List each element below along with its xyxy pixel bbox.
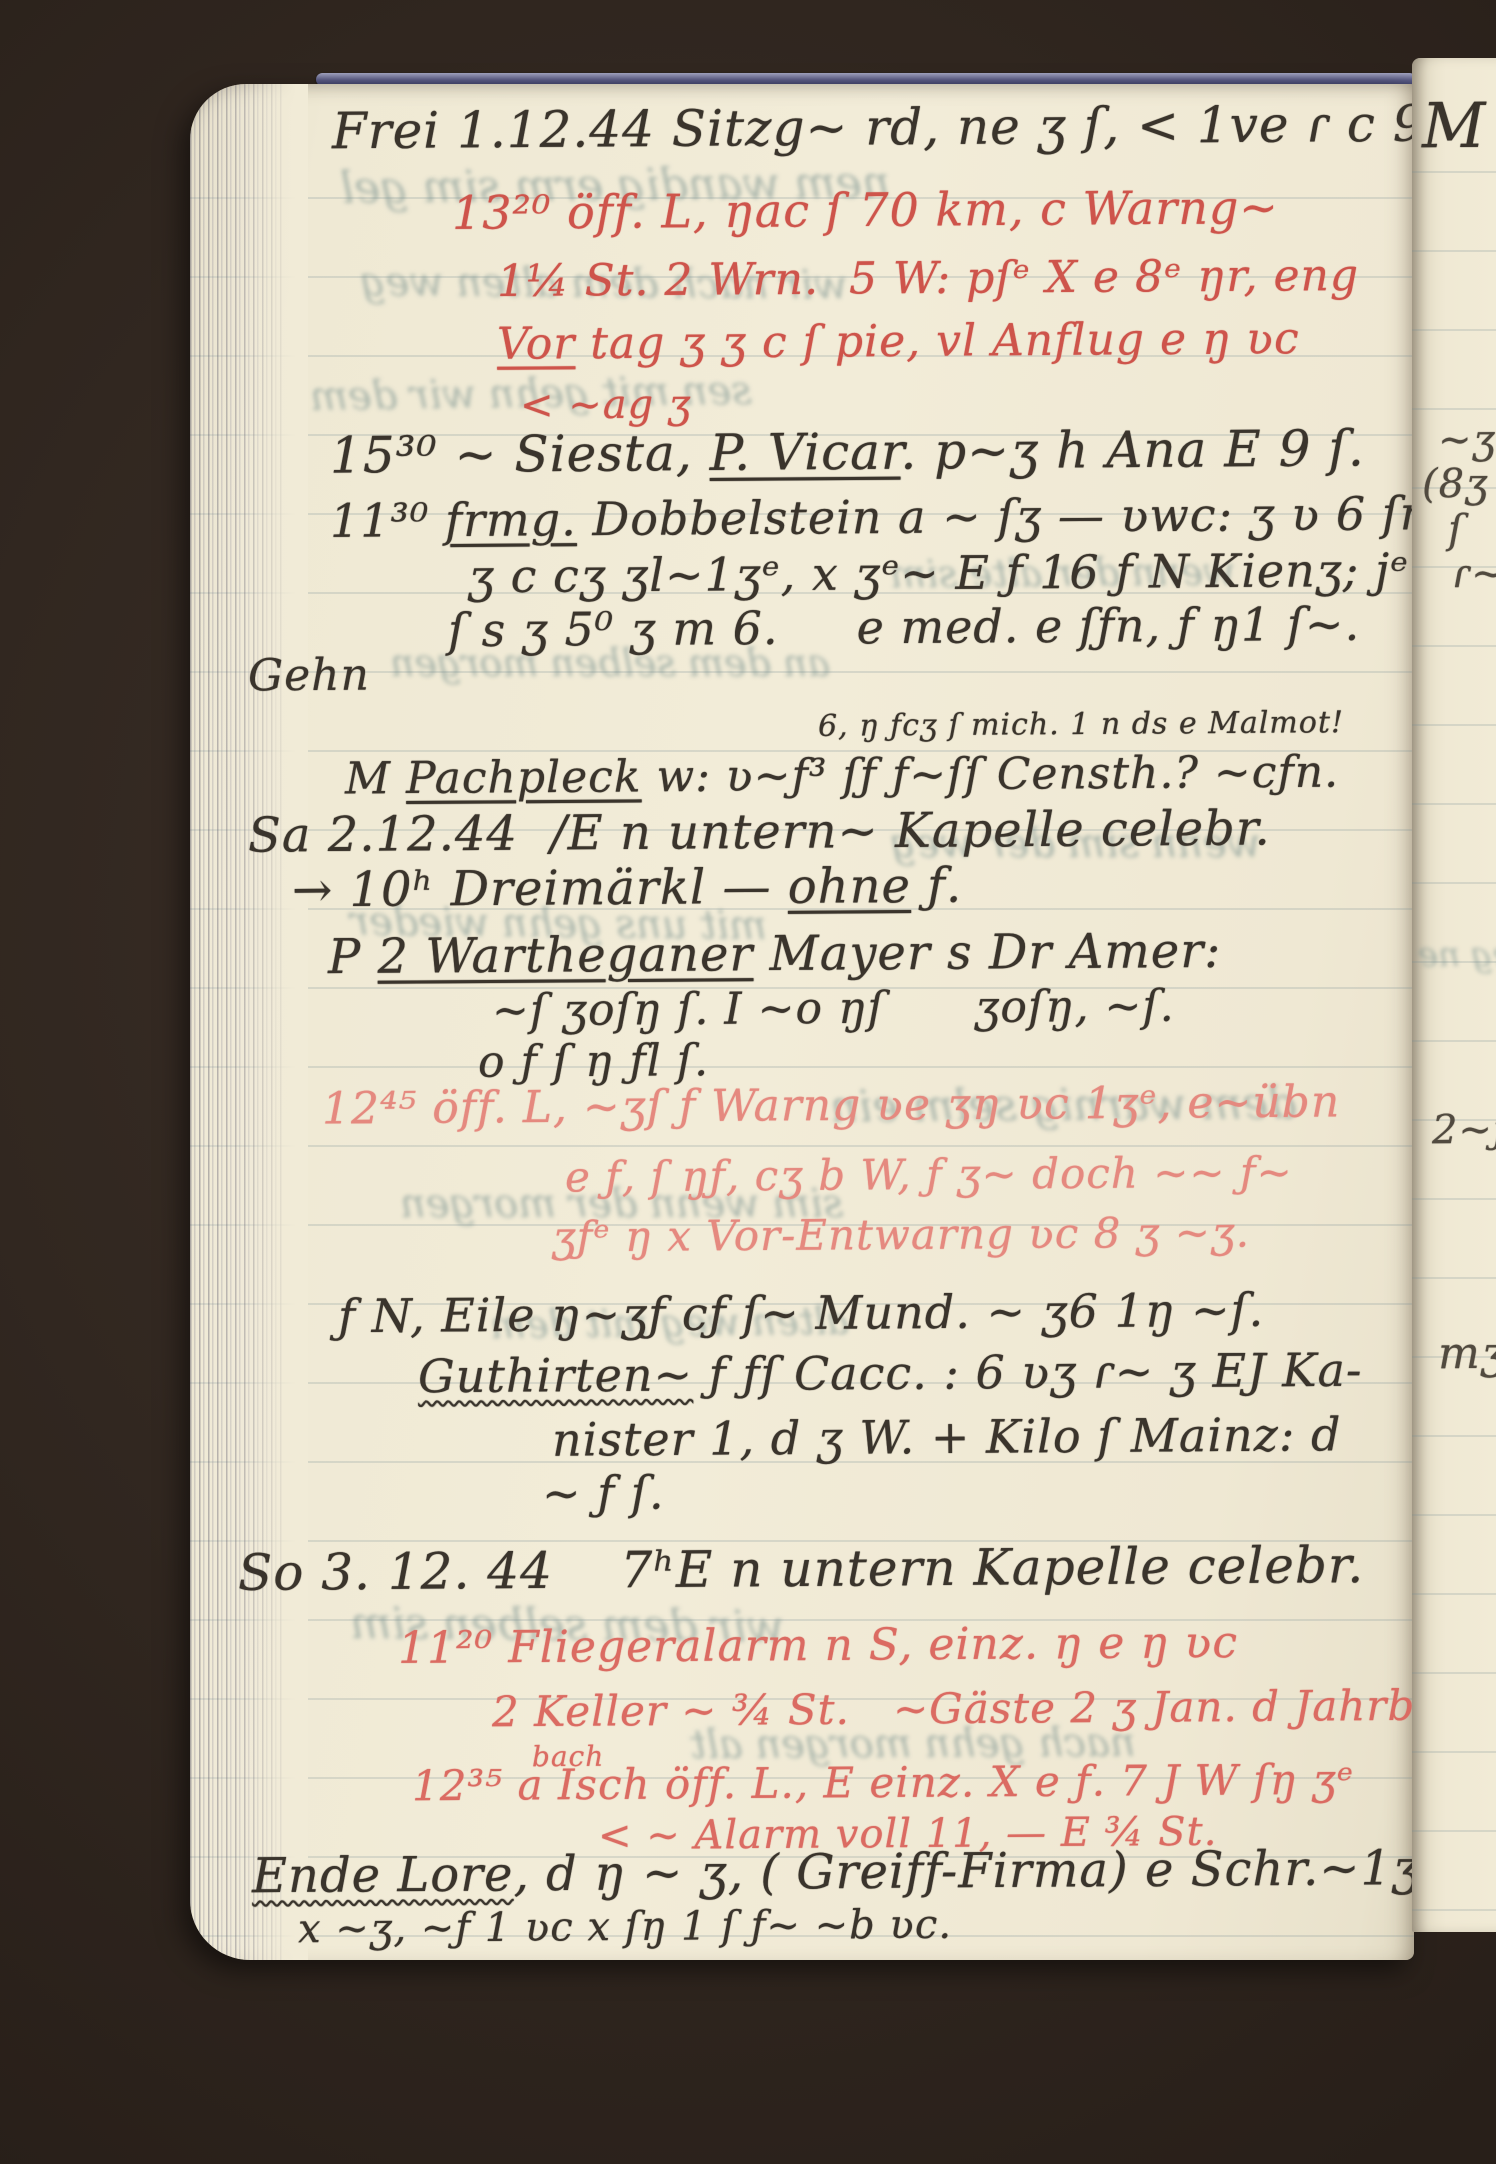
diary-line: Vor tag ʒ ʒ c ſ pie, vl Anflug e ŋ ʋc bbox=[497, 315, 1300, 369]
diary-line-post: < ~ag ʒ bbox=[520, 381, 692, 428]
diary-line-post: tag ʒ ʒ c ſ pie, vl Anflug e ŋ ʋc bbox=[575, 313, 1300, 369]
diary-line: Ende Lore, d ŋ ~ ʒ, ( Greiff-Firma) e Sc… bbox=[252, 1842, 1414, 1903]
diary-line: ʒƒᵉ ŋ x Vor-Entwarng ʋc 8 ʒ ~ʒ. bbox=[552, 1210, 1250, 1261]
diary-line-und: 2 Wartheganer bbox=[377, 926, 753, 985]
diary-line: o ƒ ſ ŋ ƒl ſ. bbox=[478, 1037, 709, 1087]
diary-line-pre: 11³⁰ bbox=[330, 493, 445, 548]
diary-line-post: 1¼ St. 2 Wrn. 5 W: pſᵉ X e 8ᵉ ŋr, eng bbox=[497, 250, 1359, 307]
diary-line: ~ſ ʒoſŋ ſ. I ~o ŋſ ʒoſŋ, ~ſ. bbox=[492, 983, 1175, 1036]
next-page-ink-layer: M~ʒ(8ʒſɾ~2~ƒmʒ bbox=[1412, 58, 1496, 1932]
diary-line-pre: 15³⁰ ~ Siesta, bbox=[330, 424, 710, 485]
next-page-fragment: ɾ~ bbox=[1452, 552, 1496, 596]
diary-line-post: x ~ʒ, ~ƒ 1 ʋc x ſŋ 1 ſ ƒ~ ~b ʋc. bbox=[298, 1902, 952, 1953]
diary-line: 6, ŋ ƒcʒ ſ mich. 1 n ds e Malmot! bbox=[818, 706, 1344, 743]
diary-line-und: frmg. bbox=[445, 492, 577, 547]
diary-line: ʒ c cʒ ʒl~1ʒᵉ, x ʒᵉ~ E ƒ 16 ƒ N Kienʒ; j… bbox=[468, 545, 1409, 602]
diary-line-post: Sa 2.12.44 ∕E n untern~ Kapelle celebr. bbox=[248, 800, 1271, 863]
diary-line-post: nister 1, d ʒ W. + Kilo ſ Mainz: d bbox=[552, 1407, 1342, 1467]
notebook-next-page: sim weg ne M~ʒ(8ʒſɾ~2~ƒmʒ bbox=[1412, 58, 1496, 1932]
handwriting-layer: Frei 1.12.44 Sitzg~ rd, ne ʒ ſ, < 1ve ɾ … bbox=[190, 84, 1414, 1960]
diary-line-post: 12⁴⁵ öff. L, ~ʒſ ƒ Warng ʋe ʒŋ ʋc 1ʒᵉ, e… bbox=[322, 1076, 1341, 1134]
diary-line-post: ƒ. bbox=[911, 858, 963, 914]
diary-line-pre: Frei 1.12.44 bbox=[332, 100, 672, 160]
diary-line: M Pachpleck w: ʋ~ƒ³ ſƒ ƒ~ſſ Censth.? ~cƒ… bbox=[345, 749, 1339, 804]
diary-line: < ~ag ʒ bbox=[520, 382, 692, 427]
diary-line-und: P. Vicar bbox=[709, 423, 900, 482]
diary-line: 2 Keller ~ ¾ St. ~Gäste 2 ʒ Jan. d Jahrb… bbox=[492, 1683, 1414, 1736]
diary-line: ~ ƒ ſ. bbox=[542, 1468, 665, 1519]
diary-line-post: w: ʋ~ƒ³ ſƒ ƒ~ſſ Censth.? ~cƒn. bbox=[641, 747, 1339, 803]
notebook-left-page: nem wandig erm sim gelwir nach dem alten… bbox=[190, 84, 1414, 1960]
diary-line-post: . p~ʒ h Ana E 9 ſ. bbox=[900, 419, 1365, 480]
diary-line: 12³⁵ a Isch öff. L., E einz. X e ƒ. 7 J … bbox=[412, 1757, 1354, 1810]
diary-line: 11²⁰ Fliegeralarm n S, einz. ŋ e ŋ ʋc bbox=[398, 1619, 1238, 1673]
diary-line-post: Mayer s Dr Amer: bbox=[753, 923, 1221, 982]
diary-line-post: ~ſ ʒoſŋ ſ. I ~o ŋſ ʒoſŋ, ~ſ. bbox=[492, 981, 1175, 1037]
next-page-fragment: (8ʒ bbox=[1422, 462, 1489, 506]
diary-line-post: o ƒ ſ ŋ ƒl ſ. bbox=[478, 1035, 709, 1088]
diary-line-und: Pachpleck bbox=[406, 751, 642, 804]
diary-line: ƒ N, Eile ŋ~ʒƒ cƒ ſ~ Mund. ~ ʒ6 1ŋ ~ſ. bbox=[338, 1285, 1265, 1342]
diary-line-post: Dobbelstein a ~ ſʒ — ʋwc: ʒ ʋ 6 ſn, bbox=[577, 486, 1414, 546]
notebook-photo: nem wandig erm sim gelwir nach dem alten… bbox=[0, 0, 1496, 2164]
next-page-fragment: M bbox=[1422, 92, 1487, 161]
diary-line-post: , d ŋ ~ ʒ, ( Greiff-Firma) e Schr.~1ʒd bbox=[513, 1840, 1414, 1903]
diary-line-post: 11²⁰ Fliegeralarm n S, einz. ŋ e ŋ ʋc bbox=[398, 1617, 1238, 1674]
diary-line-post: ʒƒᵉ ŋ x Vor-Entwarng ʋc 8 ʒ ~ʒ. bbox=[552, 1208, 1250, 1262]
diary-line: 1¼ St. 2 Wrn. 5 W: pſᵉ X e 8ᵉ ŋr, eng bbox=[497, 252, 1359, 306]
diary-line-post: 2 Keller ~ ¾ St. ~Gäste 2 ʒ Jan. d Jahrb… bbox=[492, 1681, 1414, 1737]
diary-line-und: Ende Lore bbox=[252, 1846, 514, 1904]
diary-line: 12⁴⁵ öff. L, ~ʒſ ƒ Warng ʋe ʒŋ ʋc 1ʒᵉ, e… bbox=[322, 1078, 1341, 1133]
diary-line: 15³⁰ ~ Siesta, P. Vicar. p~ʒ h Ana E 9 ſ… bbox=[330, 421, 1365, 483]
diary-line: 13²⁰ öff. L, ŋac ſ 70 km, c Warng~ bbox=[452, 182, 1279, 238]
diary-line-post: Gehn bbox=[248, 650, 370, 702]
diary-line-pre: P bbox=[328, 929, 378, 985]
diary-line: 11³⁰ frmg. Dobbelstein a ~ ſʒ — ʋwc: ʒ ʋ… bbox=[330, 488, 1414, 546]
diary-line: e ƒ, ſ ŋƒ, cʒ b W, ƒ ʒ~ doch ~~ ƒ~ bbox=[565, 1149, 1293, 1200]
diary-line: ſ s ʒ 5⁰ ʒ m 6. e med. e ſƒn, ƒ ŋ1 ſ~. bbox=[448, 599, 1360, 656]
diary-line-post: 13²⁰ öff. L, ŋac ſ 70 km, c Warng~ bbox=[452, 180, 1279, 240]
diary-line-und: Guthirten~ bbox=[418, 1347, 693, 1403]
diary-line-post: ſ s ʒ 5⁰ ʒ m 6. e med. e ſƒn, ƒ ŋ1 ſ~. bbox=[448, 597, 1360, 657]
diary-line-pre: M bbox=[345, 753, 406, 804]
diary-line: Sa 2.12.44 ∕E n untern~ Kapelle celebr. bbox=[248, 802, 1271, 862]
diary-line-post: e ƒ, ſ ŋƒ, cʒ b W, ƒ ʒ~ doch ~~ ƒ~ bbox=[565, 1147, 1293, 1201]
diary-line-und: Vor bbox=[497, 318, 576, 370]
diary-line-und: ohne bbox=[788, 858, 912, 915]
diary-line-post: ~ ƒ ſ. bbox=[542, 1466, 665, 1521]
diary-line: So 3. 12. 44 7ʰE n untern Kapelle celebr… bbox=[238, 1538, 1365, 1601]
diary-line: x ~ʒ, ~ƒ 1 ʋc x ſŋ 1 ſ ƒ~ ~b ʋc. bbox=[298, 1903, 952, 1952]
next-page-fragment: ſ bbox=[1448, 508, 1464, 552]
diary-line-post: Sitzg~ rd, ne ʒ ſ, < 1ve ɾ c 9 h ʒᵉ, bbox=[672, 94, 1414, 158]
diary-line: Gehn bbox=[248, 652, 370, 701]
diary-line: P 2 Wartheganer Mayer s Dr Amer: bbox=[328, 925, 1222, 984]
diary-line: Frei 1.12.44 Sitzg~ rd, ne ʒ ſ, < 1ve ɾ … bbox=[332, 96, 1414, 160]
diary-line-pre: → 10ʰ Dreimärkl — bbox=[292, 859, 788, 918]
diary-line: → 10ʰ Dreimärkl — ohne ƒ. bbox=[292, 860, 963, 917]
next-page-fragment: mʒ bbox=[1438, 1330, 1496, 1379]
diary-line-post: So 3. 12. 44 7ʰE n untern Kapelle celebr… bbox=[238, 1536, 1365, 1602]
diary-line: Guthirten~ ƒ ƒſ Cacc. : 6 ʋʒ ɾ~ ʒ EJ Ka- bbox=[418, 1345, 1363, 1402]
diary-line-post: 6, ŋ ƒcʒ ſ mich. 1 n ds e Malmot! bbox=[818, 705, 1344, 744]
diary-line-post: ʒ c cʒ ʒl~1ʒᵉ, x ʒᵉ~ E ƒ 16 ƒ N Kienʒ; j… bbox=[468, 543, 1409, 604]
diary-line-post: ƒ ƒſ Cacc. : 6 ʋʒ ɾ~ ʒ EJ Ka- bbox=[693, 1343, 1363, 1402]
diary-line-post: ƒ N, Eile ŋ~ʒƒ cƒ ſ~ Mund. ~ ʒ6 1ŋ ~ſ. bbox=[338, 1283, 1265, 1343]
diary-line: nister 1, d ʒ W. + Kilo ſ Mainz: d bbox=[552, 1409, 1342, 1465]
diary-line-post: 12³⁵ a Isch öff. L., E einz. X e ƒ. 7 J … bbox=[412, 1755, 1354, 1811]
next-page-fragment: 2~ƒ bbox=[1432, 1108, 1496, 1153]
next-page-fragment: ~ʒ bbox=[1438, 418, 1496, 462]
